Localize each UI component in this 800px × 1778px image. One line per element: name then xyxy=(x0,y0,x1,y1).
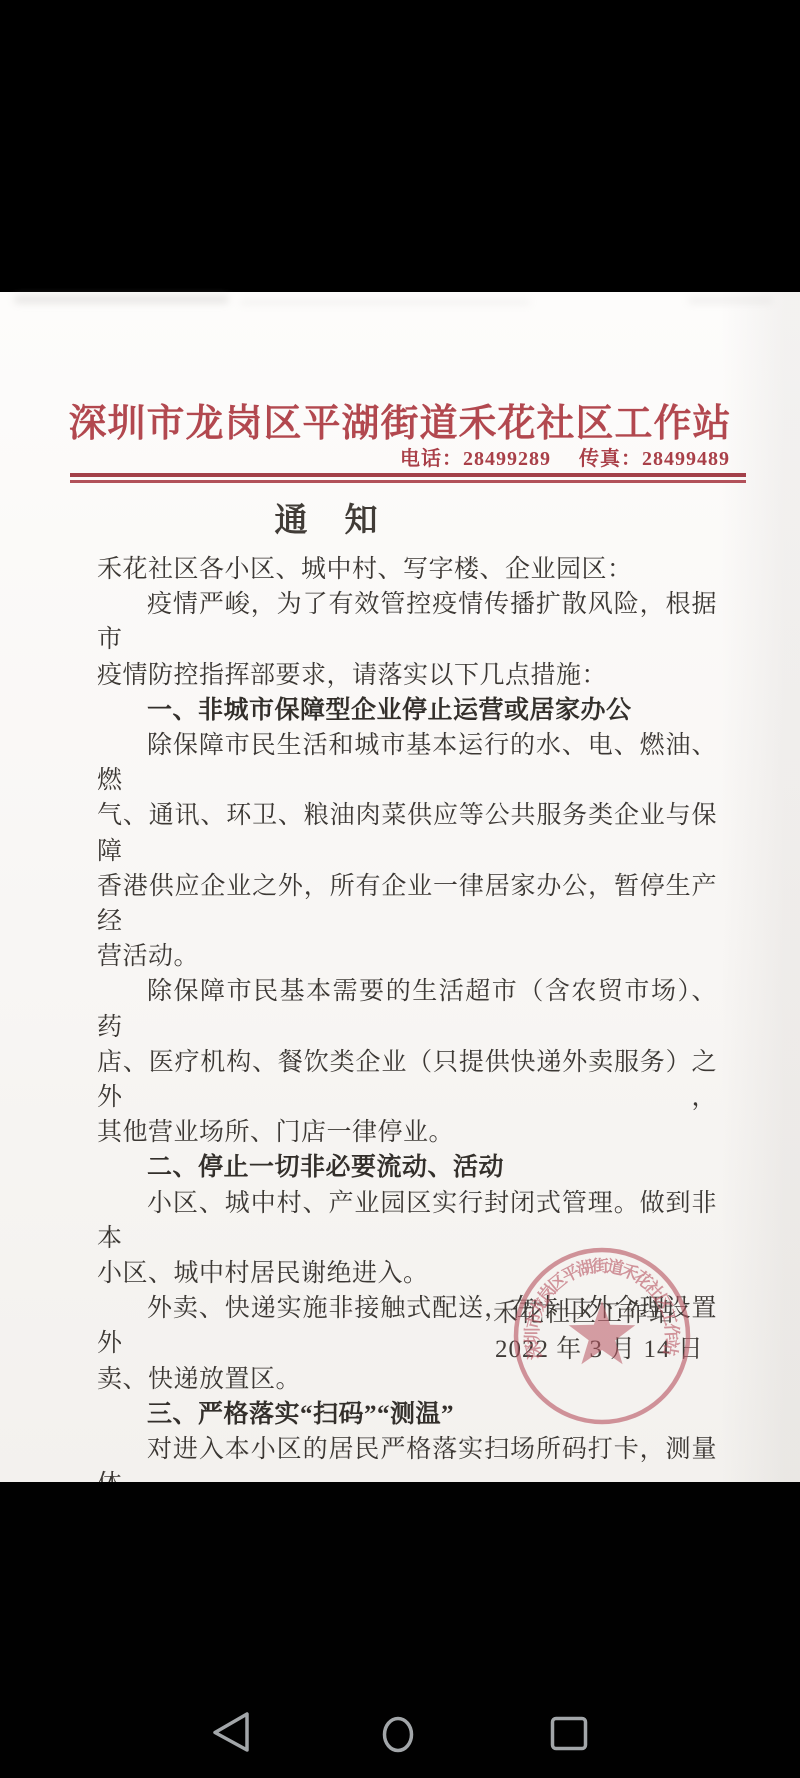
nav-home-button[interactable] xyxy=(382,1716,414,1754)
notice-line: 小区、城中村、产业园区实行封闭式管理。做到非本 xyxy=(97,1186,717,1256)
nav-recents-button[interactable] xyxy=(550,1716,588,1752)
notice-body: 禾花社区各小区、城中村、写字楼、企业园区：疫情严峻，为了有效管控疫情传播扩散风险… xyxy=(97,552,717,1538)
top-black-bar xyxy=(0,0,800,292)
notice-line: 气、通讯、环卫、粮油肉菜供应等公共服务类企业与保障 xyxy=(97,798,717,868)
back-triangle-icon xyxy=(212,1712,250,1752)
letterhead-divider xyxy=(70,473,746,483)
notice-line: 一、非城市保障型企业停止运营或居家办公 xyxy=(97,693,717,728)
notice-line: 除保障市民生活和城市基本运行的水、电、燃油、燃 xyxy=(97,728,717,798)
notice-line: 疫情防控指挥部要求，请落实以下几点措施： xyxy=(97,658,717,693)
notice-line: 香港供应企业之外，所有企业一律居家办公，暂停生产经 xyxy=(97,869,717,939)
notice-line: 营活动。 xyxy=(97,939,717,974)
notice-document: 深圳市龙岗区平湖街道禾花社区工作站 电话：28499289传真：28499489… xyxy=(0,292,800,1482)
notice-title: 通 知 xyxy=(0,494,727,541)
photo-smudge xyxy=(240,300,530,304)
notice-line: 二、停止一切非必要流动、活动 xyxy=(97,1150,717,1185)
letterhead-contacts: 电话：28499289传真：28499489 xyxy=(0,442,730,471)
divider-line-bottom xyxy=(70,480,746,483)
letterhead-org-name: 深圳市龙岗区平湖街道禾花社区工作站 xyxy=(0,392,800,447)
photo-smudge xyxy=(14,296,229,303)
phone-screen: 深圳市龙岗区平湖街道禾花社区工作站 电话：28499289传真：28499489… xyxy=(0,0,800,1778)
notice-line: 疫情严峻，为了有效管控疫情传播扩散风险，根据市 xyxy=(97,587,717,657)
signature-date: 2022 年 3 月 14 日 xyxy=(495,1329,704,1365)
notice-line: 卖、快递放置区。 xyxy=(97,1362,717,1397)
notice-line: 店、医疗机构、餐饮类企业（只提供快递外卖服务）之外， xyxy=(97,1045,717,1115)
divider-line-top xyxy=(70,473,746,477)
fax-label: 传真：28499489 xyxy=(579,448,730,470)
notice-line: 禾花社区各小区、城中村、写字楼、企业园区： xyxy=(97,552,717,587)
nav-back-button[interactable] xyxy=(212,1712,250,1752)
signature-name: 禾花社区工作站 xyxy=(493,1293,675,1329)
phone-label: 电话：28499289 xyxy=(400,448,551,470)
notice-line: 小区、城中村居民谢绝进入。 xyxy=(97,1256,717,1291)
notice-line: 除保障市民基本需要的生活超市（含农贸市场）、药 xyxy=(97,974,717,1044)
recents-square-icon xyxy=(550,1716,588,1752)
notice-line: 其他营业场所、门店一律停业。 xyxy=(97,1115,717,1150)
notice-line: 三、严格落实“扫码”“测温” xyxy=(97,1397,717,1432)
photo-smudge xyxy=(688,298,773,303)
home-circle-icon xyxy=(382,1716,414,1754)
